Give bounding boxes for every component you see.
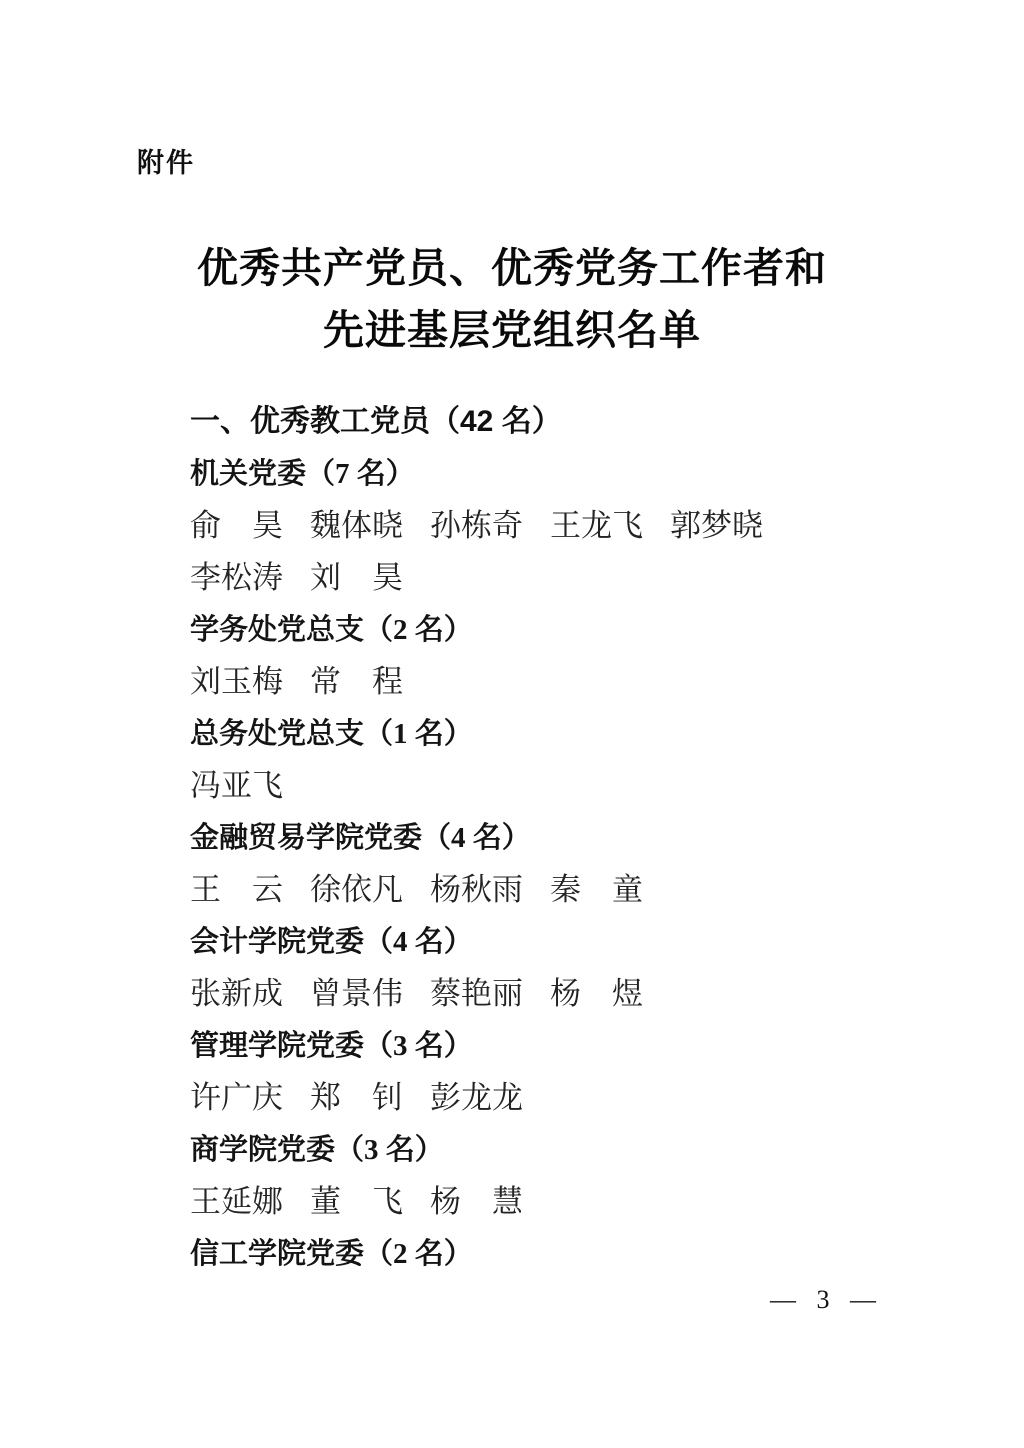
document-page: 附件 优秀共产党员、优秀党务工作者和 先进基层党组织名单 一、优秀教工党员（42… [0, 0, 1024, 1448]
member-name: 俞 昊 [190, 500, 283, 552]
member-name: 常 程 [310, 656, 403, 708]
member-name: 曾景伟 [310, 968, 403, 1020]
group-heading: 会计学院党委（4 名） [190, 916, 910, 968]
member-name: 王 云 [190, 864, 283, 916]
member-name: 冯亚飞 [190, 760, 283, 812]
page-number: — 3 — [770, 1285, 878, 1315]
group-heading: 学务处党总支（2 名） [190, 604, 910, 656]
name-row: 王延娜董 飞杨 慧 [190, 1176, 910, 1228]
member-name: 彭龙龙 [430, 1072, 523, 1124]
member-name: 杨 慧 [430, 1176, 523, 1228]
member-name: 李松涛 [190, 552, 283, 604]
member-name: 杨 煜 [550, 968, 643, 1020]
member-list: 一、优秀教工党员（42 名） 机关党委（7 名）俞 昊魏体晓孙栋奇王龙飞郭梦晓李… [190, 396, 910, 1280]
member-name: 徐依凡 [310, 864, 403, 916]
group-heading: 信工学院党委（2 名） [190, 1228, 910, 1280]
group-heading: 管理学院党委（3 名） [190, 1020, 910, 1072]
group-heading: 商学院党委（3 名） [190, 1124, 910, 1176]
member-name: 许广庆 [190, 1072, 283, 1124]
name-row: 李松涛刘 昊 [190, 552, 910, 604]
group-heading: 总务处党总支（1 名） [190, 708, 910, 760]
group-heading: 机关党委（7 名） [190, 448, 910, 500]
member-name: 杨秋雨 [430, 864, 523, 916]
name-row: 冯亚飞 [190, 760, 910, 812]
name-row: 许广庆郑 钊彭龙龙 [190, 1072, 910, 1124]
member-name: 郭梦晓 [670, 500, 763, 552]
document-title-line-2: 先进基层党组织名单 [0, 299, 1024, 361]
member-name: 王龙飞 [550, 500, 643, 552]
member-name: 魏体晓 [310, 500, 403, 552]
member-name: 王延娜 [190, 1176, 283, 1228]
document-title: 优秀共产党员、优秀党务工作者和 先进基层党组织名单 [0, 237, 1024, 361]
name-row: 刘玉梅常 程 [190, 656, 910, 708]
name-row: 张新成曾景伟蔡艳丽杨 煜 [190, 968, 910, 1020]
member-name: 张新成 [190, 968, 283, 1020]
attachment-label: 附件 [137, 141, 195, 180]
member-name: 刘玉梅 [190, 656, 283, 708]
name-row: 俞 昊魏体晓孙栋奇王龙飞郭梦晓 [190, 500, 910, 552]
document-title-line-1: 优秀共产党员、优秀党务工作者和 [0, 237, 1024, 299]
member-name: 郑 钊 [310, 1072, 403, 1124]
group-heading: 金融贸易学院党委（4 名） [190, 812, 910, 864]
name-row: 王 云徐依凡杨秋雨秦 童 [190, 864, 910, 916]
member-name: 董 飞 [310, 1176, 403, 1228]
section-heading: 一、优秀教工党员（42 名） [190, 396, 910, 448]
member-name: 蔡艳丽 [430, 968, 523, 1020]
member-name: 孙栋奇 [430, 500, 523, 552]
member-name: 刘 昊 [310, 552, 403, 604]
member-name: 秦 童 [550, 864, 643, 916]
